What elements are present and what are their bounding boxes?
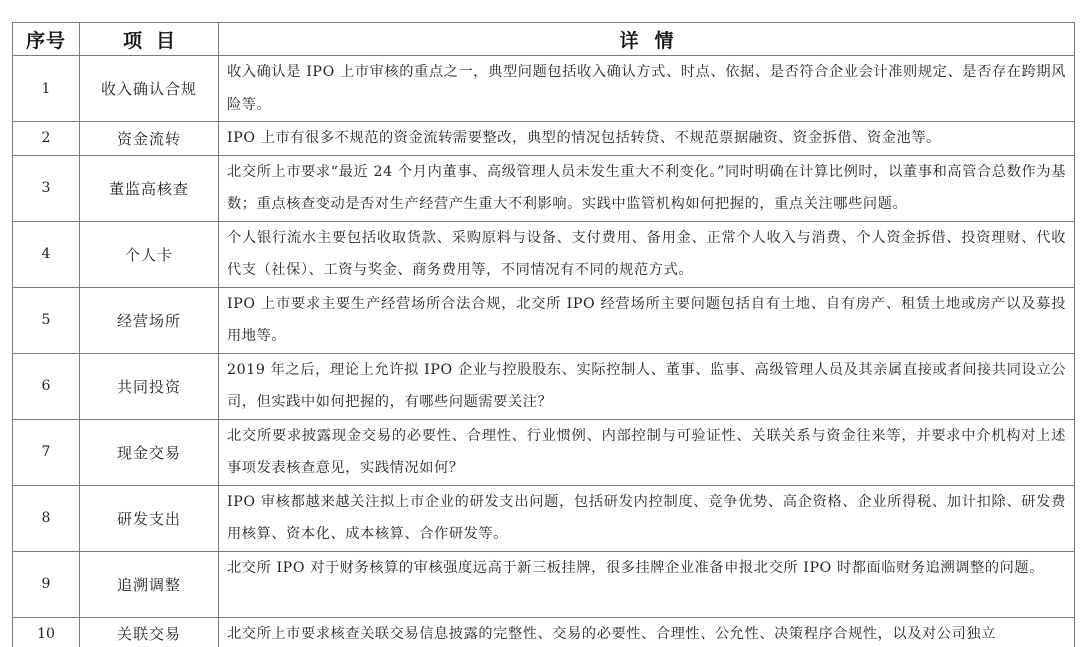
row-index: 7 [13,419,80,485]
row-item: 个人卡 [80,221,219,287]
table-row: 1 收入确认合规 收入确认是 IPO 上市审核的重点之一，典型问题包括收入确认方… [13,56,1075,122]
row-detail: 北交所上市要求“最近 24 个月内董事、高级管理人员未发生重大不利变化。”同时明… [219,155,1075,221]
row-item: 现金交易 [80,419,219,485]
row-index: 4 [13,221,80,287]
table-row: 6 共同投资 2019 年之后，理论上允许拟 IPO 企业与控股股东、实际控制人… [13,353,1075,419]
header-item: 项目 [80,23,219,56]
row-item: 共同投资 [80,353,219,419]
row-item: 关联交易 [80,617,219,647]
row-index: 1 [13,56,80,122]
row-detail: 北交所 IPO 对于财务核算的审核强度远高于新三板挂牌，很多挂牌企业准备申报北交… [219,551,1075,617]
row-index: 2 [13,122,80,156]
ipo-issues-table-container: 序号 项目 详情 1 收入确认合规 收入确认是 IPO 上市审核的重点之一，典型… [12,22,1074,647]
row-detail: 收入确认是 IPO 上市审核的重点之一，典型问题包括收入确认方式、时点、依据、是… [219,56,1075,122]
table-row: 5 经营场所 IPO 上市要求主要生产经营场所合法合规，北交所 IPO 经营场所… [13,287,1075,353]
table-row: 10 关联交易 北交所上市要求核查关联交易信息披露的完整性、交易的必要性、合理性… [13,617,1075,647]
table-row: 4 个人卡 个人银行流水主要包括收取货款、采购原料与设备、支付费用、备用金、正常… [13,221,1075,287]
row-detail: 北交所要求披露现金交易的必要性、合理性、行业惯例、内部控制与可验证性、关联关系与… [219,419,1075,485]
row-item: 收入确认合规 [80,56,219,122]
row-detail: 2019 年之后，理论上允许拟 IPO 企业与控股股东、实际控制人、董事、监事、… [219,353,1075,419]
table-row: 7 现金交易 北交所要求披露现金交易的必要性、合理性、行业惯例、内部控制与可验证… [13,419,1075,485]
row-item: 研发支出 [80,485,219,551]
header-detail: 详情 [219,23,1075,56]
row-index: 3 [13,155,80,221]
row-item: 资金流转 [80,122,219,156]
table-row: 3 董监高核查 北交所上市要求“最近 24 个月内董事、高级管理人员未发生重大不… [13,155,1075,221]
row-detail: 北交所上市要求核查关联交易信息披露的完整性、交易的必要性、合理性、公允性、决策程… [219,617,1075,647]
row-detail: IPO 上市要求主要生产经营场所合法合规，北交所 IPO 经营场所主要问题包括自… [219,287,1075,353]
ipo-issues-table: 序号 项目 详情 1 收入确认合规 收入确认是 IPO 上市审核的重点之一，典型… [12,22,1075,647]
row-index: 5 [13,287,80,353]
row-item: 追溯调整 [80,551,219,617]
table-row: 2 资金流转 IPO 上市有很多不规范的资金流转需要整改，典型的情况包括转贷、不… [13,122,1075,156]
row-index: 6 [13,353,80,419]
table-header-row: 序号 项目 详情 [13,23,1075,56]
row-detail: IPO 上市有很多不规范的资金流转需要整改，典型的情况包括转贷、不规范票据融资、… [219,122,1075,156]
row-item: 董监高核查 [80,155,219,221]
row-item: 经营场所 [80,287,219,353]
header-index: 序号 [13,23,80,56]
table-row: 8 研发支出 IPO 审核都越来越关注拟上市企业的研发支出问题，包括研发内控制度… [13,485,1075,551]
row-detail: 个人银行流水主要包括收取货款、采购原料与设备、支付费用、备用金、正常个人收入与消… [219,221,1075,287]
table-row: 9 追溯调整 北交所 IPO 对于财务核算的审核强度远高于新三板挂牌，很多挂牌企… [13,551,1075,617]
row-index: 9 [13,551,80,617]
row-index: 8 [13,485,80,551]
row-detail: IPO 审核都越来越关注拟上市企业的研发支出问题，包括研发内控制度、竞争优势、高… [219,485,1075,551]
row-index: 10 [13,617,80,647]
